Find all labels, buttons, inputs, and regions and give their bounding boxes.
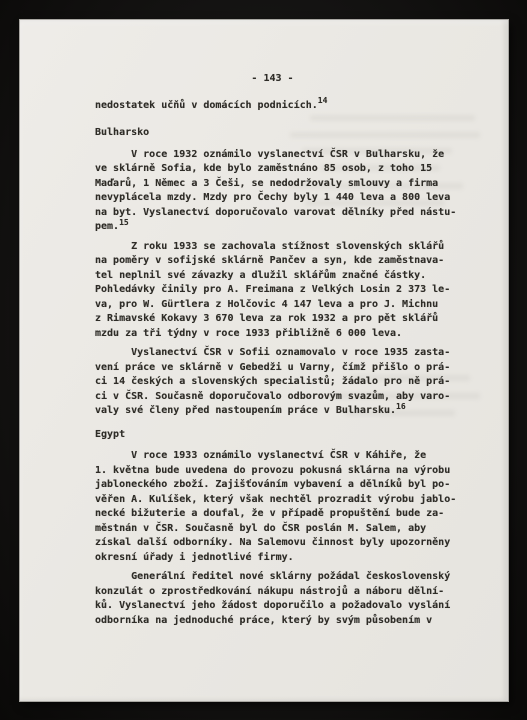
document-page: - 143 - nedostatek učňů v domácích podni… xyxy=(20,20,508,701)
paragraph: Vyslanectví ČSR v Sofii oznamovalo v roc… xyxy=(95,346,480,419)
section-bulharsko: Bulharsko V roce 1932 oznámilo vyslanect… xyxy=(95,126,480,419)
paragraph-text: Z roku 1933 se zachovala stížnost sloven… xyxy=(95,241,450,339)
intro-text: nedostatek učňů v domácích podnicích. xyxy=(95,100,318,111)
paragraph: Generální ředitel nové sklárny požádal č… xyxy=(95,570,480,628)
section-heading-bulharsko: Bulharsko xyxy=(95,126,480,141)
page-number: - 143 - xyxy=(95,72,450,87)
scan-background: - 143 - nedostatek učňů v domácích podni… xyxy=(0,0,527,720)
paragraph-text: V roce 1932 oznámilo vyslanectví ČSR v B… xyxy=(95,149,456,233)
paragraph: Z roku 1933 se zachovala stížnost sloven… xyxy=(95,240,480,342)
paragraph: V roce 1932 oznámilo vyslanectví ČSR v B… xyxy=(95,148,480,235)
paragraph-text: Generální ředitel nové sklárny požádal č… xyxy=(95,571,450,626)
page-content: - 143 - nedostatek učňů v domácích podni… xyxy=(95,72,480,633)
section-egypt: Egypt V roce 1933 oznámilo vyslanectví Č… xyxy=(95,428,480,629)
footnote-ref-14: 14 xyxy=(318,96,328,105)
paragraph: V roce 1933 oznámilo vyslanectví ČSR v K… xyxy=(95,449,480,565)
intro-line: nedostatek učňů v domácích podnicích.14 xyxy=(95,99,480,114)
footnote-ref-16: 16 xyxy=(396,402,406,411)
footnote-ref-15: 15 xyxy=(119,218,129,227)
section-heading-egypt: Egypt xyxy=(95,428,480,443)
paragraph-text: V roce 1933 oznámilo vyslanectví ČSR v K… xyxy=(95,450,456,563)
